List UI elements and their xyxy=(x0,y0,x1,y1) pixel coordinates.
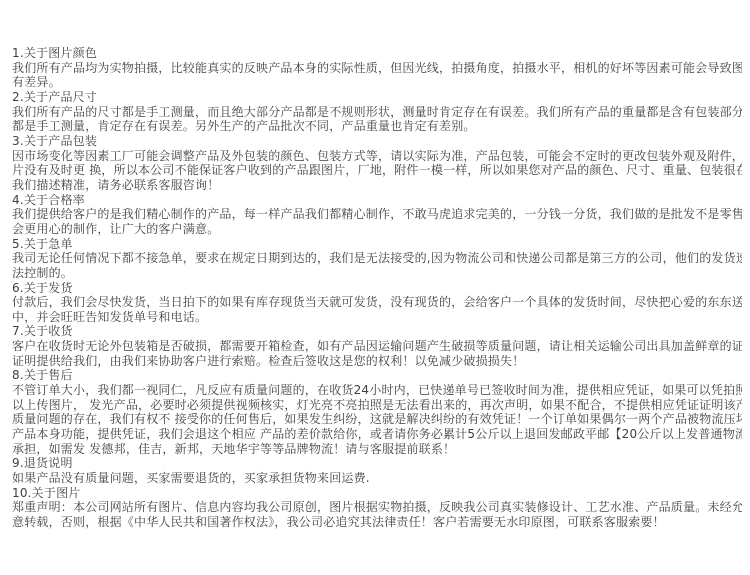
section-title: 1.关于图片颜色 xyxy=(12,46,742,61)
notice-text-block: 1.关于图片颜色我们所有产品均为实物拍摄，比较能真实的反映产品本身的实际性质，但… xyxy=(12,46,742,530)
section-line: 都是手工测量，肯定存在有误差。另外生产的产品批次不同，产品重量也肯定有差别。 xyxy=(12,119,742,134)
section-line: 我们所有产品的尺寸都是手工测量，而且绝大部分产品都是不规则形状，测量时肯定存在有… xyxy=(12,105,742,120)
section-line: 郑重声明：本公司网站所有图片、信息内容均我公司原创，图片根据实物拍摄，反映我公司… xyxy=(12,500,742,515)
section-line: 有差异。 xyxy=(12,75,742,90)
section-line: 如果产品没有质量问题，买家需要退货的，买家承担货物来回运费. xyxy=(12,471,742,486)
section-line: 我们提供给客户的是我们精心制作的产品，每一样产品我们都精心制作，不敢马虎追求完美… xyxy=(12,207,742,222)
section-line: 我们描述精准，请务必联系客服咨询！ xyxy=(12,178,742,193)
section-line: 以上传图片， 发光产品，必要时必须提供视频核实，灯光亮不亮拍照是无法看出来的，再… xyxy=(12,398,742,413)
section-line: 中，并会旺旺告知发货单号和电话。 xyxy=(12,310,742,325)
section-line: 因市场变化等因素工厂可能会调整产品及外包装的颜色、包装方式等，请以实际为准，产品… xyxy=(12,149,742,164)
section-line: 不管订单大小，我们都一视同仁，凡反应有质量问题的，在收货24小时内，已快递单号已… xyxy=(12,383,742,398)
section-title: 10.关于图片 xyxy=(12,486,742,501)
section-line: 我们所有产品均为实物拍摄，比较能真实的反映产品本身的实际性质，但因光线，拍摄角度… xyxy=(12,61,742,76)
section-line: 产品本身功能，提供凭证，我们会退这个相应 产品的差价款给你，或者请你务必累计5公… xyxy=(12,427,742,442)
section-line: 付款后，我们会尽快发货，当日拍下的如果有库存现货当天就可发货，没有现货的，会给客… xyxy=(12,295,742,310)
section-line: 质量问题的存在，我们有权不 接受你的任何售后，如果发生纠纷，这就是解决纠纷的有效… xyxy=(12,412,742,427)
section-title: 2.关于产品尺寸 xyxy=(12,90,742,105)
section-line: 证明提供给我们，由我们来协助客户进行索赔。检查后签收这是您的权利！以免减少破损损… xyxy=(12,354,742,369)
section-line: 会更用心的制作，让广大的客户满意。 xyxy=(12,222,742,237)
section-line: 承担，如需发 发德邦，佳吉，新邦，天地华宇等等品牌物流！请与客服提前联系！ xyxy=(12,442,742,457)
product-notice-page: 1.关于图片颜色我们所有产品均为实物拍摄，比较能真实的反映产品本身的实际性质，但… xyxy=(0,0,750,575)
section-line: 片没有及时更 换，所以本公司不能保证客户收到的产品跟图片，厂地，附件一模一样，所… xyxy=(12,163,742,178)
section-title: 7.关于收货 xyxy=(12,324,742,339)
section-line: 我司无论任何情况下都不接急单，要求在规定日期到达的，我们是无法接受的,因为物流公… xyxy=(12,251,742,266)
section-title: 6.关于发货 xyxy=(12,281,742,296)
section-line: 客户在收货时无论外包装箱是否破损，都需要开箱检查，如有产品因运输问题产生破损等质… xyxy=(12,339,742,354)
section-title: 8.关于售后 xyxy=(12,368,742,383)
section-title: 3.关于产品包装 xyxy=(12,134,742,149)
section-line: 意转载，否则，根据《中华人民共和国著作权法》，我公司必追究其法律责任！客户若需要… xyxy=(12,515,742,530)
section-title: 5.关于急单 xyxy=(12,237,742,252)
section-title: 4.关于合格率 xyxy=(12,193,742,208)
section-title: 9.退货说明 xyxy=(12,456,742,471)
section-line: 法控制的。 xyxy=(12,266,742,281)
